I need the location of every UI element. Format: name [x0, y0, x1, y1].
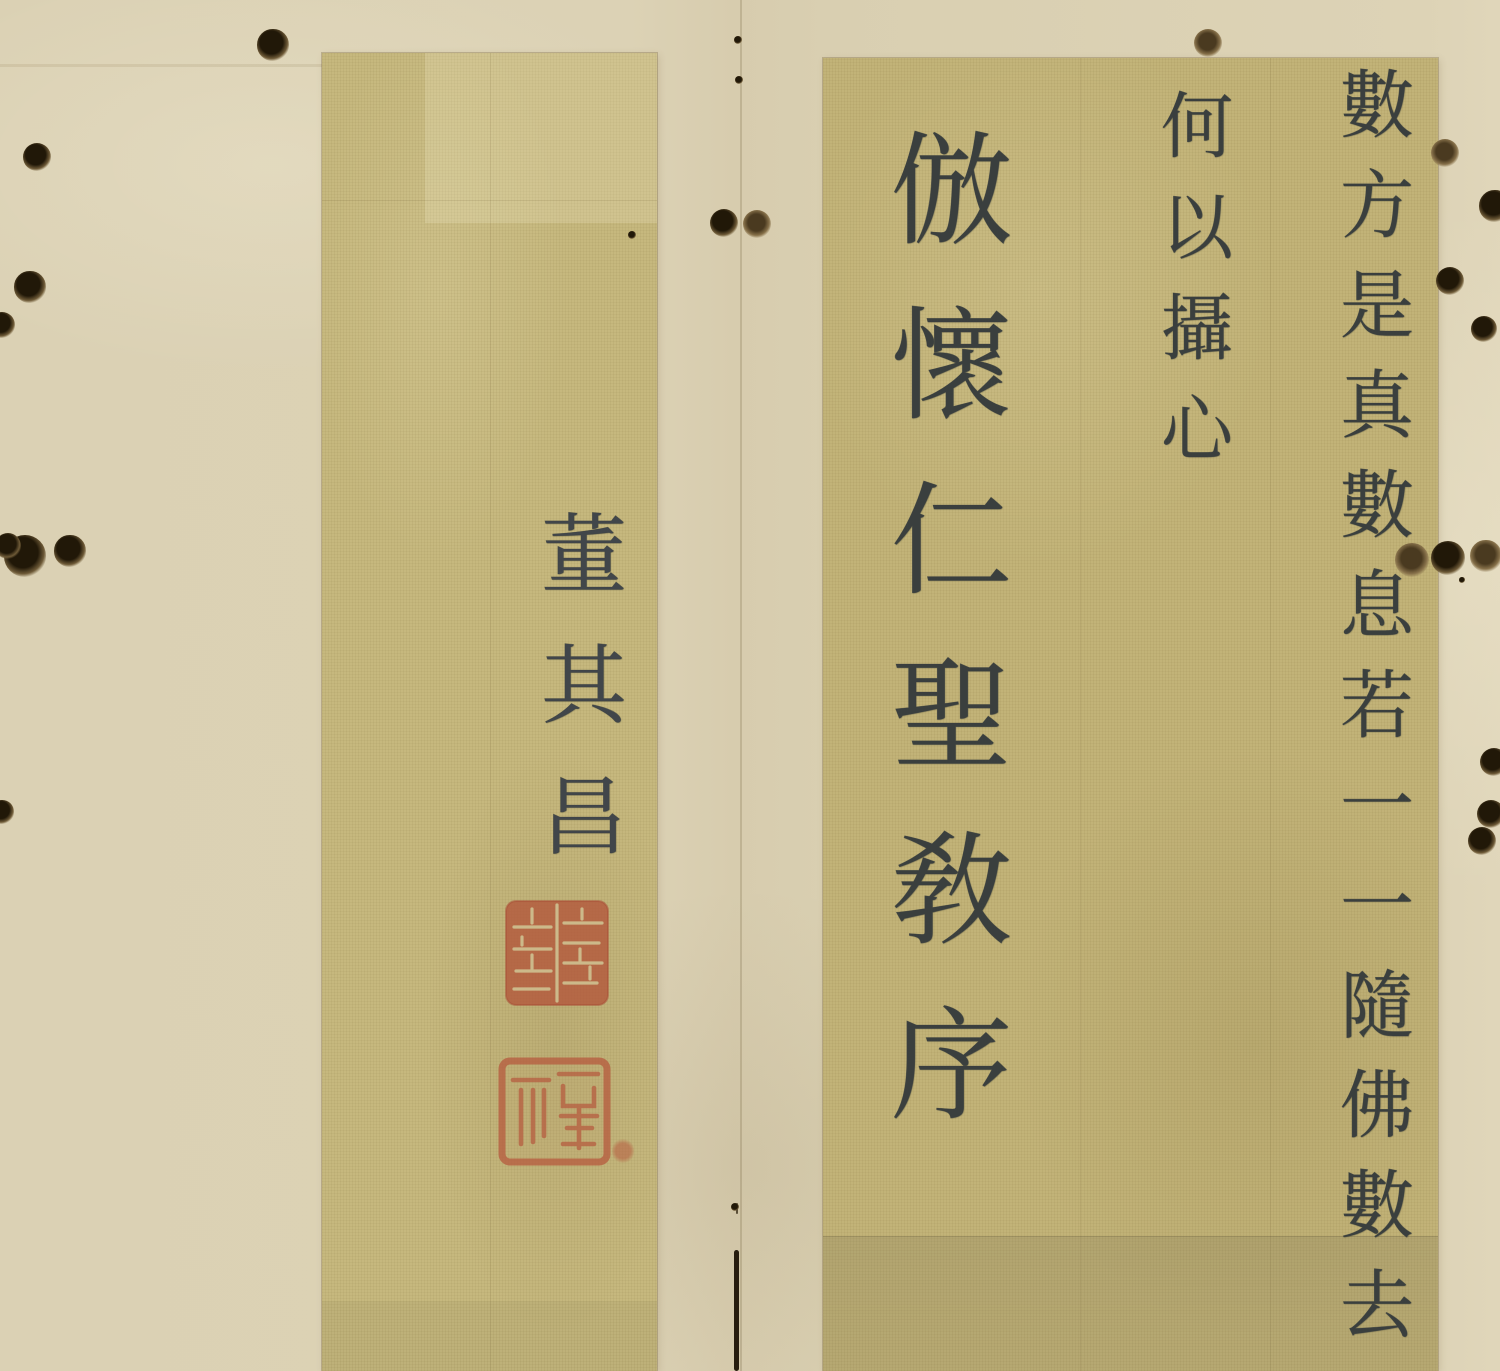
wormhole [1395, 543, 1429, 577]
silk-seam-horizontal [322, 200, 657, 201]
wormhole [14, 271, 45, 302]
silk-light-patch [425, 53, 657, 223]
seal-ink-smudge [612, 1138, 634, 1164]
wormhole [0, 312, 15, 338]
wormhole [1431, 139, 1460, 168]
gutter-crack [734, 1250, 739, 1371]
upper-artist-seal [502, 897, 612, 1009]
text-column-1: 數方是真數息若一一隨佛數去 [1318, 66, 1424, 1366]
wormhole [1459, 577, 1464, 582]
wormhole [1477, 800, 1500, 829]
wormhole [710, 209, 739, 238]
silk-seam-vertical [1270, 58, 1271, 1371]
wormhole [743, 210, 772, 239]
text-column-2: 何以攝心 [1139, 88, 1243, 492]
silk-seam-vertical [1080, 58, 1081, 1371]
wormhole [734, 36, 742, 44]
title-column: 倣懷仁聖敎序 [854, 126, 1029, 1176]
wormhole [1436, 267, 1465, 296]
silk-seam-vertical [490, 53, 491, 1371]
wormhole [54, 535, 85, 566]
wormhole [1480, 748, 1500, 777]
wormhole [257, 29, 288, 60]
wormhole [1471, 316, 1497, 342]
center-fold-crease [740, 0, 742, 1371]
wormhole [1431, 541, 1465, 575]
wormhole [731, 1203, 739, 1211]
wormhole [1479, 190, 1500, 221]
lower-artist-seal [497, 1056, 613, 1168]
wormhole [1470, 540, 1500, 571]
signature-column: 董其昌 [514, 509, 638, 902]
wormhole [735, 76, 743, 84]
wormhole [0, 800, 14, 823]
wormhole [1194, 29, 1223, 58]
wormhole [23, 143, 52, 172]
silk-bottom-shading [322, 1301, 657, 1371]
calligraphy-album-photo: 董其昌 數方是真數息若一一隨佛數 [0, 0, 1500, 1371]
wormhole [628, 231, 636, 239]
wormhole [1468, 827, 1497, 856]
paper-fold-line [0, 64, 322, 67]
